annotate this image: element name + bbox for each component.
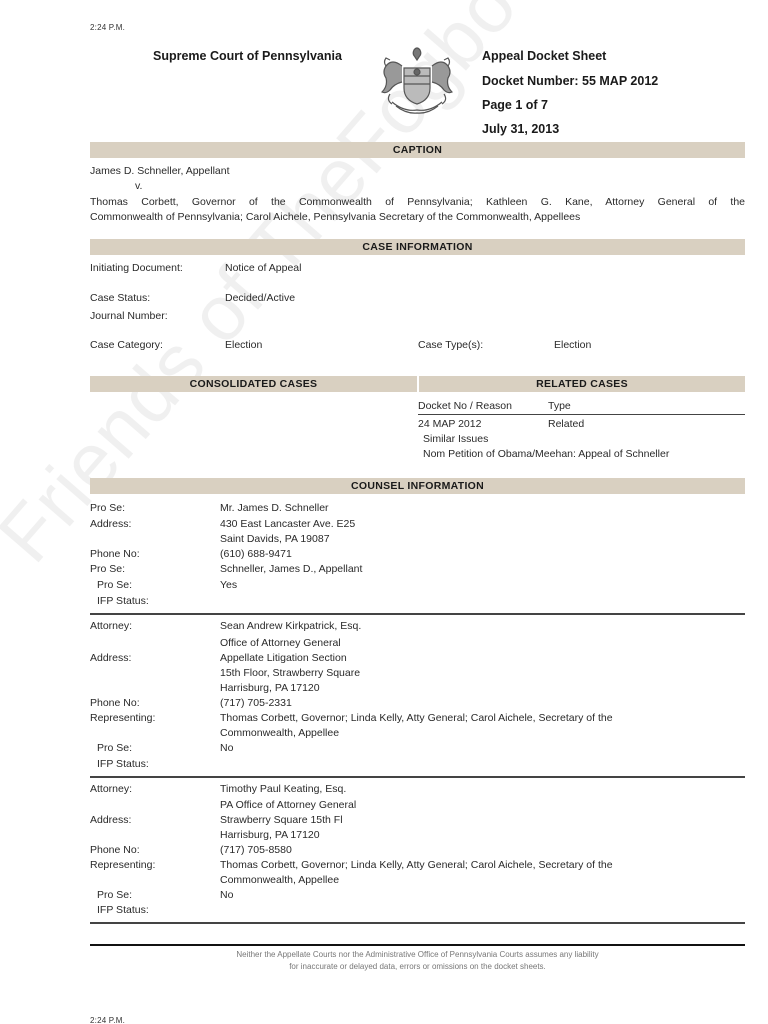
address-line: 430 East Lancaster Ave. E25 <box>220 518 355 530</box>
counsel-organization: Office of Attorney General <box>220 637 341 649</box>
case-category-label: Case Category: <box>90 339 163 351</box>
counsel-name: Timothy Paul Keating, Esq. <box>220 783 346 795</box>
counsel-role-label: Attorney: <box>90 783 132 795</box>
phone-label: Phone No: <box>90 548 140 560</box>
pro-se-value: No <box>220 742 233 754</box>
pro-se-label: Pro Se: <box>97 889 132 901</box>
docket-date: July 31, 2013 <box>482 122 559 136</box>
phone-value: (717) 705-2331 <box>220 697 292 709</box>
disclaimer: Neither the Appellate Courts nor the Adm… <box>90 949 745 973</box>
versus-label: v. <box>135 180 142 192</box>
phone-value: (717) 705-8580 <box>220 844 292 856</box>
case-category-value: Election <box>225 339 262 351</box>
sheet-title: Appeal Docket Sheet <box>482 49 606 63</box>
ifp-status-label: IFP Status: <box>97 904 149 916</box>
related-header-rule <box>418 414 745 415</box>
case-types-value: Election <box>554 339 591 351</box>
pro-se-value: No <box>220 889 233 901</box>
counsel-information-heading: COUNSEL INFORMATION <box>90 478 745 494</box>
address-line: 15th Floor, Strawberry Square <box>220 667 360 679</box>
counsel-role-label: Attorney: <box>90 620 132 632</box>
representing-value: Commonwealth, Appellee <box>220 874 339 886</box>
docket-number: Docket Number: 55 MAP 2012 <box>482 74 658 88</box>
case-types-label: Case Type(s): <box>418 339 483 351</box>
pennsylvania-seal-icon <box>374 44 460 124</box>
counsel-role-label: Pro Se: <box>90 502 125 514</box>
appellant-name: James D. Schneller, Appellant <box>90 165 230 177</box>
address-line: Appellate Litigation Section <box>220 652 347 664</box>
phone-label: Phone No: <box>90 697 140 709</box>
ifp-status-label: IFP Status: <box>97 758 149 770</box>
counsel-name: Mr. James D. Schneller <box>220 502 329 514</box>
counsel-name: Sean Andrew Kirkpatrick, Esq. <box>220 620 361 632</box>
related-description: Nom Petition of Obama/Meehan: Appeal of … <box>423 448 669 460</box>
phone-label: Phone No: <box>90 844 140 856</box>
disclaimer-line-1: Neither the Appellate Courts nor the Adm… <box>90 949 745 961</box>
counsel-organization: PA Office of Attorney General <box>220 799 356 811</box>
related-reason: Similar Issues <box>423 433 488 445</box>
representing-label: Representing: <box>90 859 155 871</box>
related-cases-heading: RELATED CASES <box>419 376 745 392</box>
page-indicator: Page 1 of 7 <box>482 98 548 112</box>
caption-heading: CAPTION <box>90 142 745 158</box>
counsel-divider <box>90 613 745 615</box>
address-label: Address: <box>90 814 131 826</box>
representing-value: Thomas Corbett, Governor; Linda Kelly, A… <box>220 712 613 724</box>
representing-value: Thomas Corbett, Governor; Linda Kelly, A… <box>220 859 613 871</box>
representing-value: Commonwealth, Appellee <box>220 727 339 739</box>
court-name: Supreme Court of Pennsylvania <box>153 49 342 63</box>
representing-value: Schneller, James D., Appellant <box>220 563 362 575</box>
representing-label: Pro Se: <box>90 563 125 575</box>
representing-label: Representing: <box>90 712 155 724</box>
journal-number-label: Journal Number: <box>90 310 168 322</box>
address-label: Address: <box>90 652 131 664</box>
address-line: Strawberry Square 15th Fl <box>220 814 343 826</box>
appellees-text: Thomas Corbett, Governor of the Commonwe… <box>90 195 745 225</box>
initiating-document-value: Notice of Appeal <box>225 262 301 274</box>
address-line: Saint Davids, PA 19087 <box>220 533 330 545</box>
footer-rule <box>90 944 745 946</box>
appellees-line-1: Thomas Corbett, Governor of the Commonwe… <box>90 195 745 210</box>
case-status-value: Decided/Active <box>225 292 295 304</box>
initiating-document-label: Initiating Document: <box>90 262 183 274</box>
pro-se-label: Pro Se: <box>97 742 132 754</box>
address-label: Address: <box>90 518 131 530</box>
related-type: Related <box>548 418 584 430</box>
counsel-divider <box>90 776 745 778</box>
consolidated-cases-heading: CONSOLIDATED CASES <box>90 376 417 392</box>
address-line: Harrisburg, PA 17120 <box>220 682 320 694</box>
case-status-label: Case Status: <box>90 292 150 304</box>
address-line: Harrisburg, PA 17120 <box>220 829 320 841</box>
print-timestamp-bottom: 2:24 P.M. <box>90 1016 125 1024</box>
print-timestamp: 2:24 P.M. <box>90 23 125 32</box>
pro-se-value: Yes <box>220 579 237 591</box>
ifp-status-label: IFP Status: <box>97 595 149 607</box>
pro-se-label: Pro Se: <box>97 579 132 591</box>
appellees-line-2: Commonwealth of Pennsylvania; Carol Aich… <box>90 210 745 225</box>
case-information-heading: CASE INFORMATION <box>90 239 745 255</box>
related-col-docket-reason: Docket No / Reason <box>418 400 512 412</box>
counsel-divider <box>90 922 745 924</box>
related-col-type: Type <box>548 400 571 412</box>
phone-value: (610) 688-9471 <box>220 548 292 560</box>
related-docket-no[interactable]: 24 MAP 2012 <box>418 418 481 430</box>
disclaimer-line-2: for inaccurate or delayed data, errors o… <box>90 961 745 973</box>
